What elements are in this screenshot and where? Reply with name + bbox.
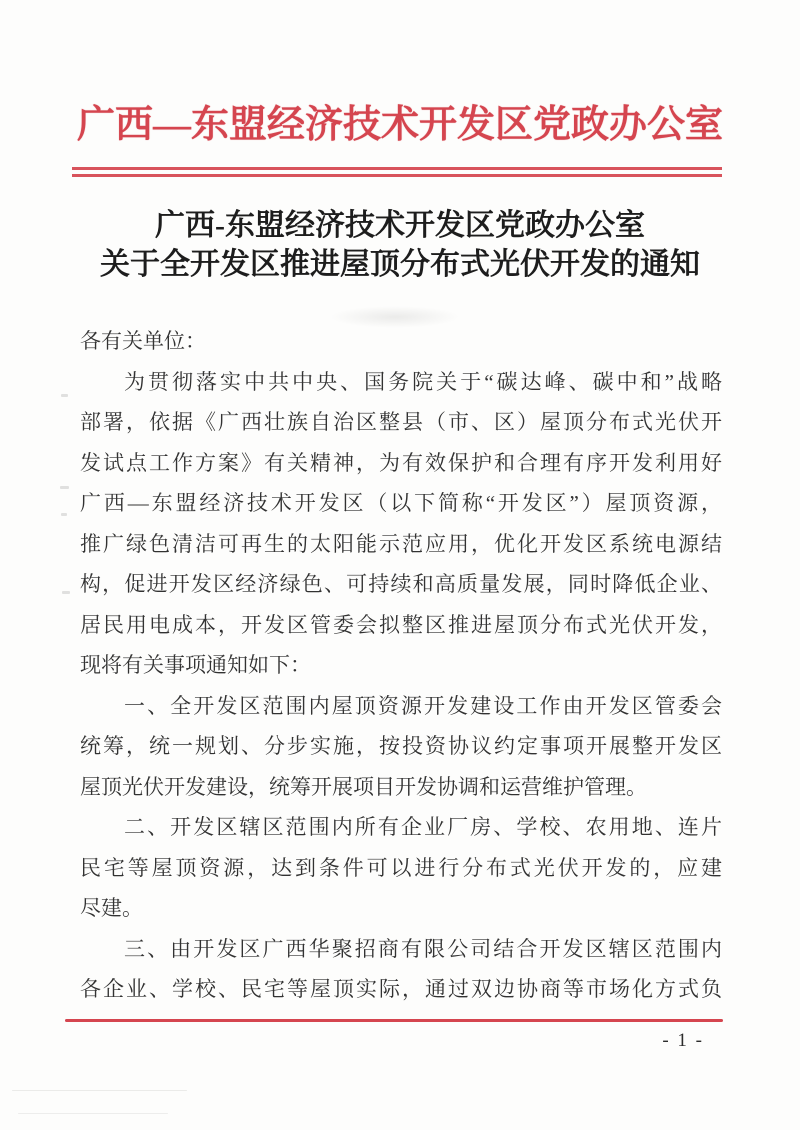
body-line: 广西—东盟经济技术开发区（以下简称“开发区”）屋顶资源，	[80, 483, 722, 524]
document-title: 广西-东盟经济技术开发区党政办公室 关于全开发区推进屋顶分布式光伏开发的通知	[40, 206, 760, 284]
body-line: 居民用电成本，开发区管委会拟整区推进屋顶分布式光伏开发，	[80, 605, 722, 646]
body-line: 三、由开发区广西华聚招商有限公司结合开发区辖区范围内	[80, 929, 722, 970]
body-line: 屋顶光伏开发建设，统筹开展项目开发协调和运营维护管理。	[80, 767, 722, 808]
scanned-document-page: 广西—东盟经济技术开发区党政办公室 广西-东盟经济技术开发区党政办公室 关于全开…	[0, 0, 800, 1130]
body-line: 尽建。	[80, 888, 722, 929]
document-title-line-2: 关于全开发区推进屋顶分布式光伏开发的通知	[40, 245, 760, 284]
document-title-line-1: 广西-东盟经济技术开发区党政办公室	[40, 206, 760, 245]
scan-artifact	[60, 486, 69, 489]
scan-smudge	[330, 306, 460, 328]
letterhead-double-rule	[72, 167, 722, 177]
scan-artifact	[62, 591, 70, 594]
body-line: 为贯彻落实中共中央、国务院关于“碳达峰、碳中和”战略	[80, 362, 722, 403]
footer-rule	[65, 1019, 723, 1022]
body-line: 民宅等屋顶资源，达到条件可以进行分布式光伏开发的，应建	[80, 848, 722, 889]
scan-artifact	[12, 1090, 187, 1091]
body-line: 统筹，统一规划、分步实施，按投资协议约定事项开展整开发区	[80, 726, 722, 767]
body-line: 构，促进开发区经济绿色、可持续和高质量发展，同时降低企业、	[80, 564, 722, 605]
letterhead-agency-name: 广西—东盟经济技术开发区党政办公室	[40, 100, 760, 150]
body-line: 发试点工作方案》有关精神，为有效保护和合理有序开发利用好	[80, 443, 722, 484]
scan-artifact	[61, 513, 67, 516]
page-number: - 1 -	[662, 1030, 704, 1052]
body-line: 部署，依据《广西壮族自治区整县（市、区）屋顶分布式光伏开	[80, 402, 722, 443]
document-body: 各有关单位：为贯彻落实中共中央、国务院关于“碳达峰、碳中和”战略部署，依据《广西…	[80, 321, 722, 1010]
body-line: 二、开发区辖区范围内所有企业厂房、学校、农用地、连片	[80, 807, 722, 848]
body-line: 现将有关事项通知如下：	[80, 645, 722, 686]
scan-artifact	[61, 394, 68, 397]
body-line: 推广绿色清洁可再生的太阳能示范应用，优化开发区系统电源结	[80, 524, 722, 565]
body-line: 一、全开发区范围内屋顶资源开发建设工作由开发区管委会	[80, 686, 722, 727]
body-line: 各企业、学校、民宅等屋顶实际，通过双边协商等市场化方式负	[80, 969, 722, 1010]
scan-artifact	[18, 1113, 168, 1114]
